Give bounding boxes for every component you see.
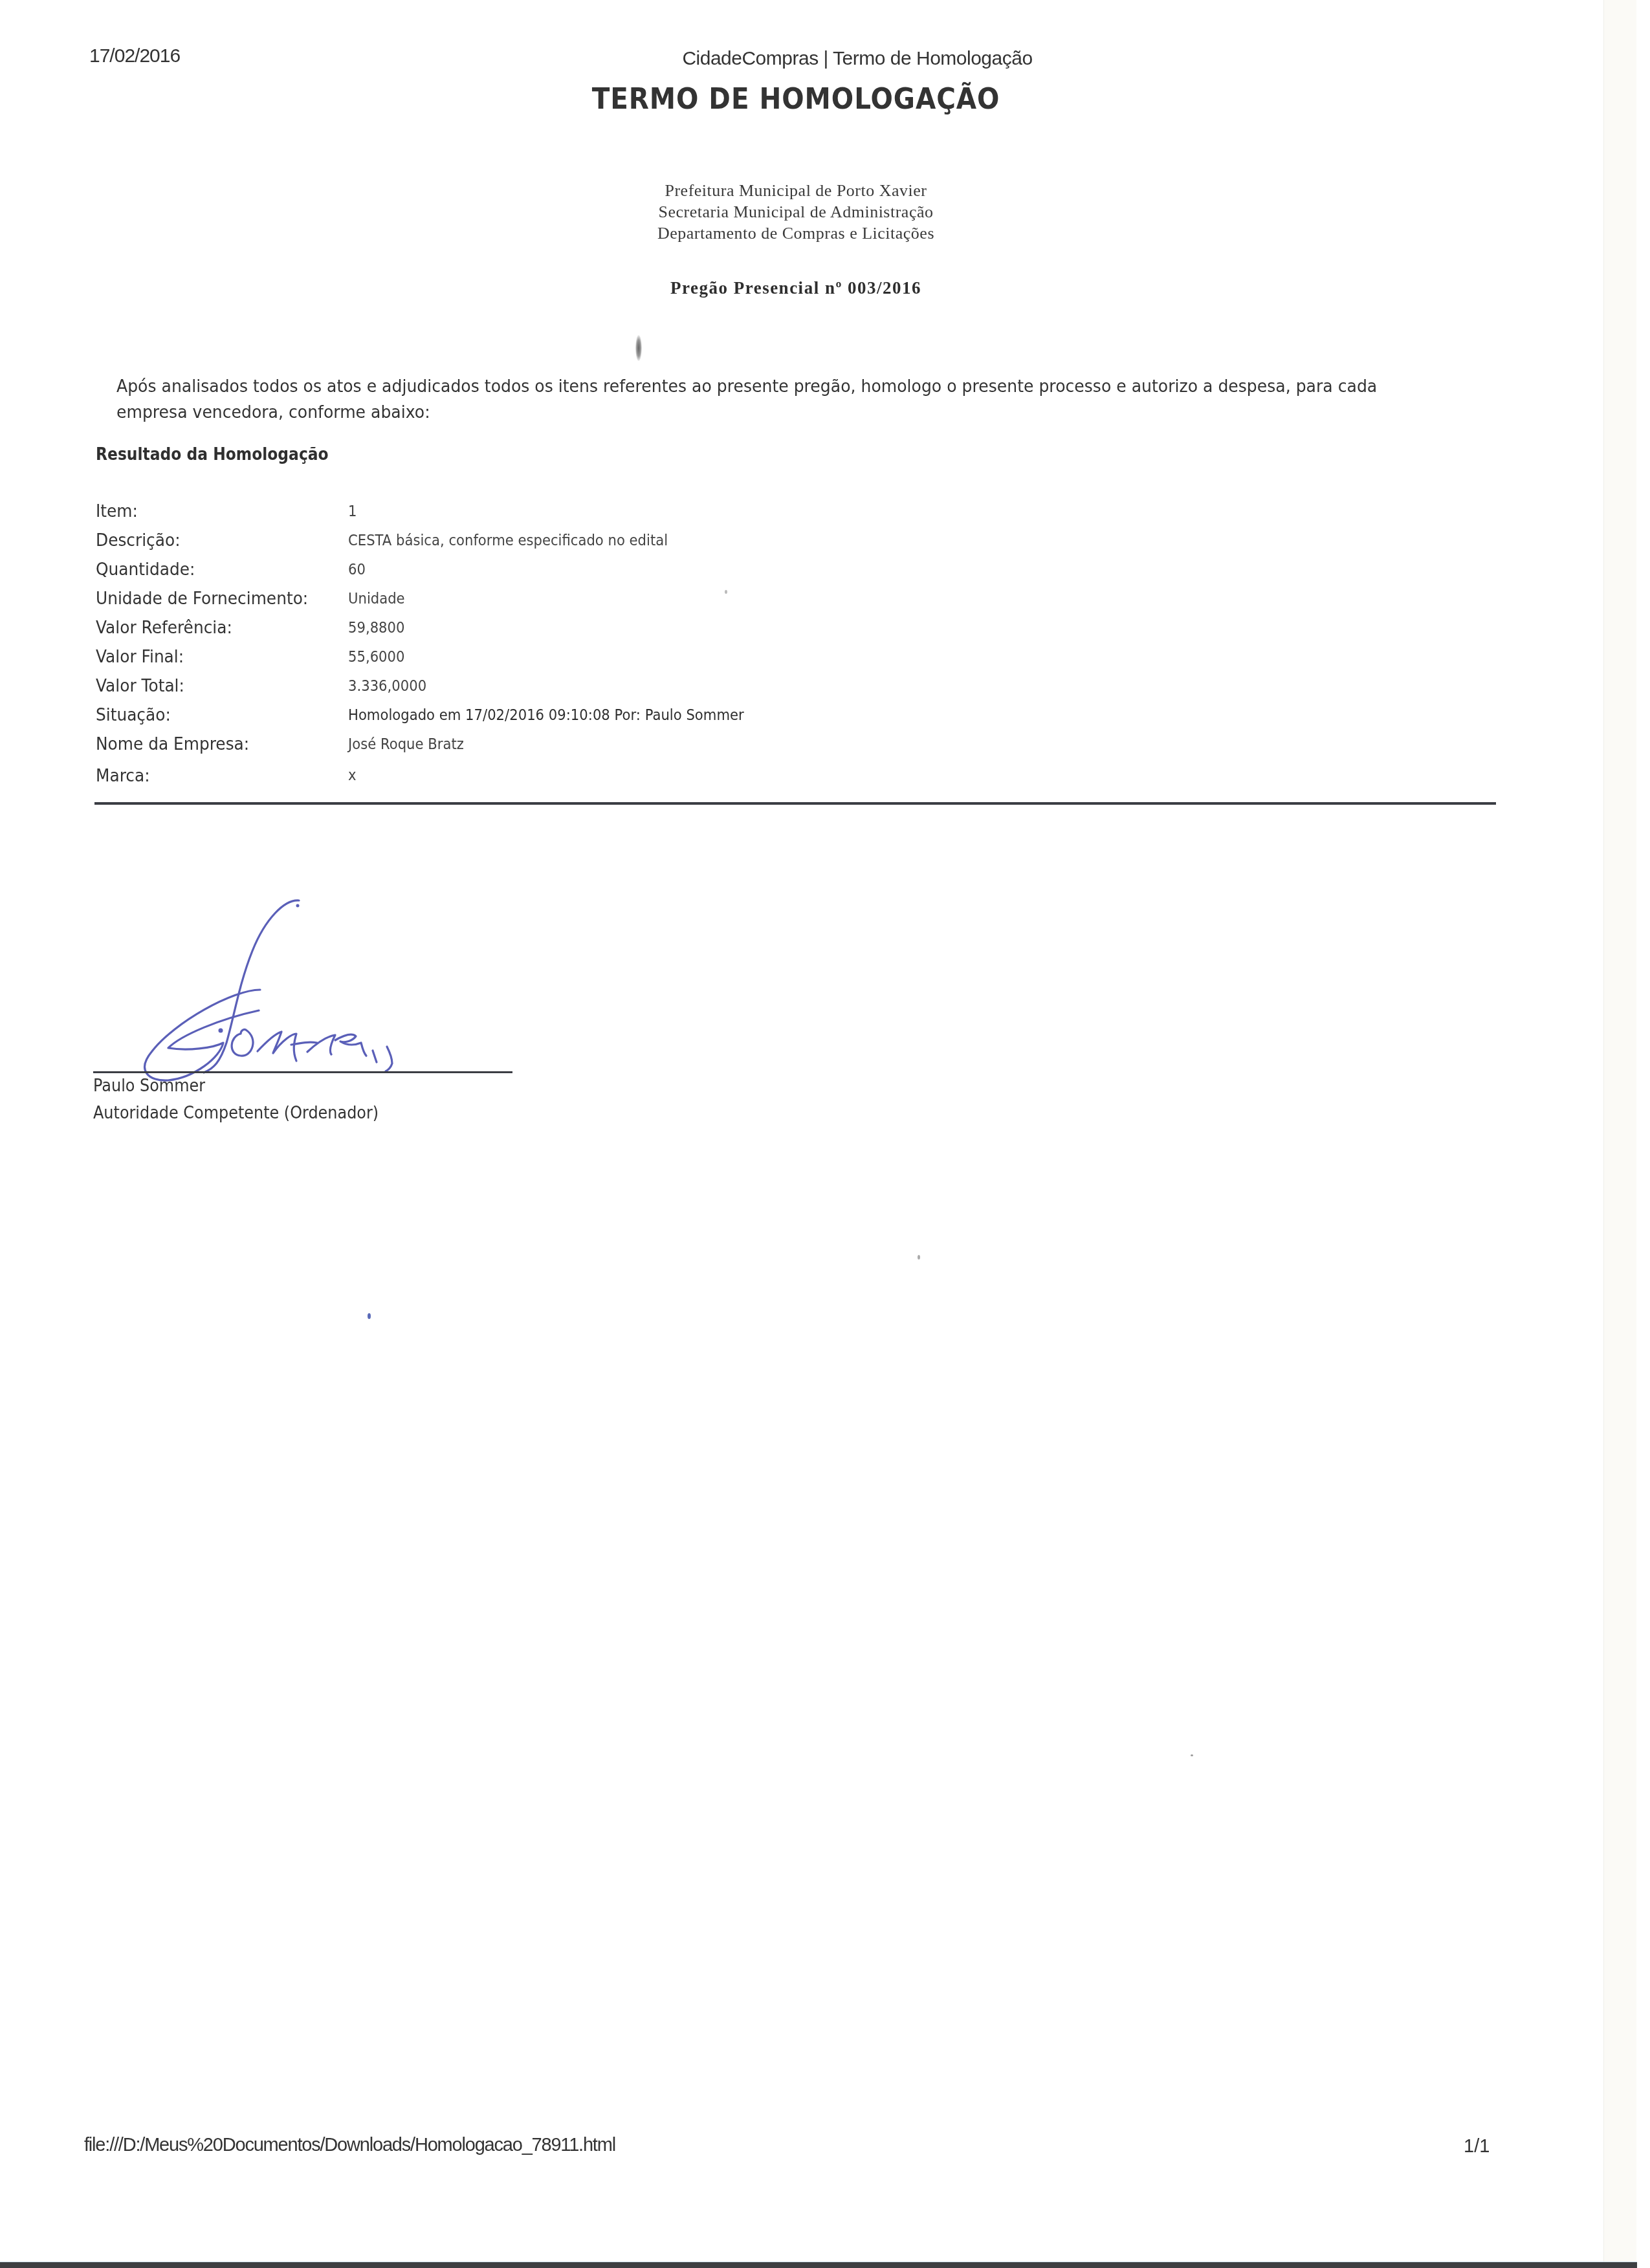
field-label: Descrição: [96,530,328,551]
field-value: 3.336,0000 [348,678,426,695]
scan-speck [1191,1754,1193,1756]
scanned-page: 17/02/2016 CidadeCompras | Termo de Homo… [0,0,1650,2268]
field-value: 59,8800 [348,620,405,637]
field-label: Nome da Empresa: [96,734,328,754]
result-row-reference-value: Valor Referência: 59,8800 [96,613,1493,642]
field-label: Unidade de Fornecimento: [96,589,328,609]
document-title: TERMO DE HOMOLOGAÇÃO [63,83,1528,116]
section-divider [94,802,1496,805]
scan-speck [918,1255,920,1259]
scan-speck [368,1313,371,1319]
field-label: Marca: [96,766,328,786]
scan-speck [635,335,642,361]
result-row-total-value: Valor Total: 3.336,0000 [96,671,1493,701]
procurement-number: Pregão Presencial nº 003/2016 [0,278,1592,298]
field-value: José Roque Bratz [348,736,464,753]
result-row-item: Item: 1 [96,497,1493,526]
scanner-edge [1603,0,1636,2264]
organization-line: Prefeitura Municipal de Porto Xavier [0,180,1592,201]
result-row-final-value: Valor Final: 55,6000 [96,642,1493,671]
result-row-status: Situação: Homologado em 17/02/2016 09:10… [96,701,1493,730]
organization-line: Secretaria Municipal de Administração [0,201,1592,223]
result-row-description: Descrição: CESTA básica, conforme especi… [96,526,1493,555]
result-row-brand: Marca: x [96,759,1493,792]
field-value: x [348,767,357,784]
scan-speck [725,590,727,594]
field-label: Valor Final: [96,647,328,667]
print-header-title: CidadeCompras | Termo de Homologação [647,48,1068,70]
result-row-company: Nome da Empresa: José Roque Bratz [96,730,1493,759]
handwritten-signature [91,893,544,1087]
result-row-quantity: Quantidade: 60 [96,555,1493,584]
scanner-bottom-edge [0,2262,1637,2268]
field-value: 1 [348,503,357,520]
section-title: Resultado da Homologação [96,445,329,464]
print-footer-path: file:///D:/Meus%20Documentos/Downloads/H… [84,2135,615,2156]
field-label: Valor Referência: [96,618,328,638]
field-value: CESTA básica, conforme especificado no e… [348,532,668,549]
page-number: 1/1 [1464,2136,1490,2157]
result-table: Item: 1 Descrição: CESTA básica, conform… [96,497,1493,792]
intro-line: empresa vencedora, conforme abaixo: [116,400,1386,426]
field-label: Situação: [96,705,328,725]
signer-name: Paulo Sommer [93,1076,205,1096]
print-date: 17/02/2016 [89,45,180,67]
signer-role: Autoridade Competente (Ordenador) [93,1104,379,1123]
field-value: 55,6000 [348,649,405,666]
intro-line: Após analisados todos os atos e adjudica… [116,376,1377,397]
result-row-unit: Unidade de Fornecimento: Unidade [96,584,1493,613]
organization-line: Departamento de Compras e Licitações [0,223,1592,244]
intro-paragraph: Após analisados todos os atos e adjudica… [116,374,1386,426]
field-value: Unidade [348,591,405,607]
field-label: Item: [96,501,328,521]
status-value: Homologado em 17/02/2016 09:10:08 Por: P… [348,707,744,724]
field-label: Valor Total: [96,676,328,696]
field-value: 60 [348,562,366,578]
signature-line [93,1071,512,1073]
field-label: Quantidade: [96,560,328,580]
organization-block: Prefeitura Municipal de Porto Xavier Sec… [0,180,1592,244]
